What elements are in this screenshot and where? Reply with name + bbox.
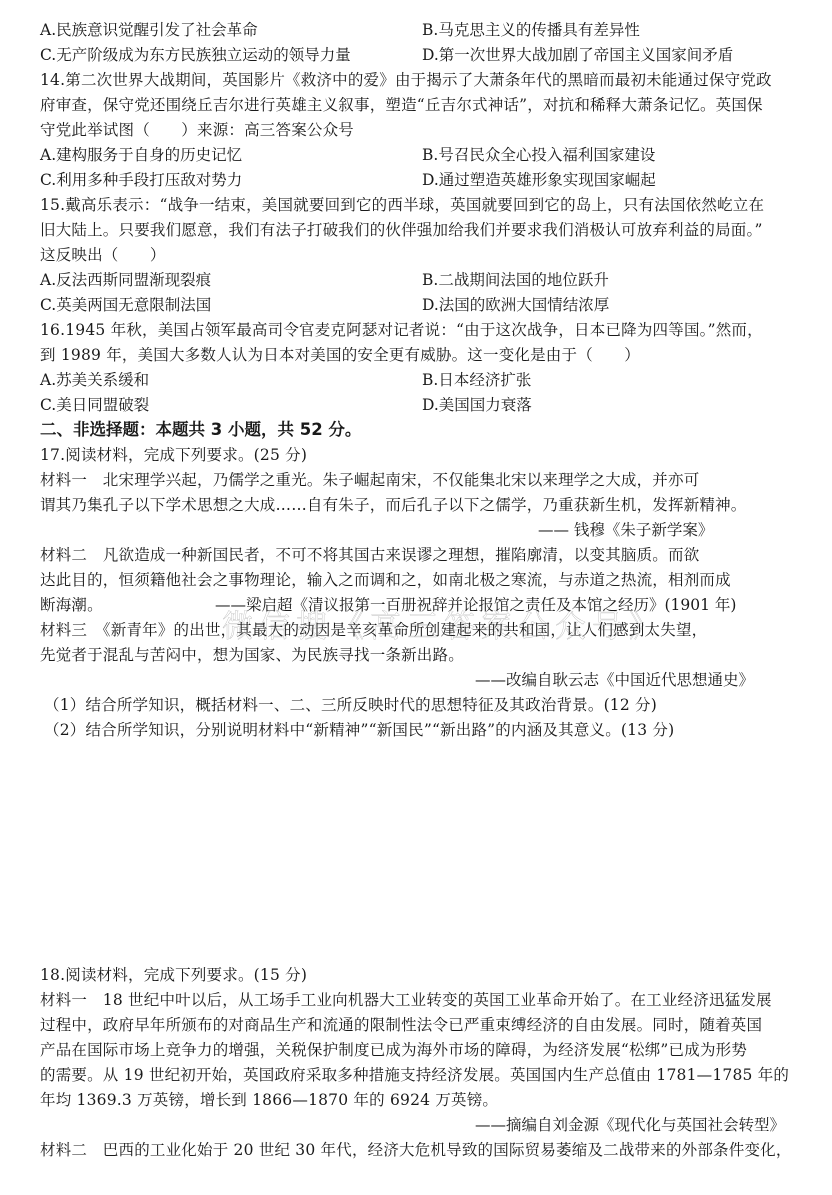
q14-stem-line-3: 守党此举试图（ ）来源：高三答案公众号: [40, 118, 354, 142]
q15-option-d: D.法国的欧洲大国情结浓厚: [422, 293, 609, 317]
q14-option-a: A.建构服务于自身的历史记忆: [40, 143, 242, 167]
q17-material2-line-1: 材料二 凡欲造成一种新国民者，不可不将其国古来误谬之理想，摧陷廓清，以变其脑质。…: [40, 543, 699, 567]
q18-material1-source: ——摘编自刘金源《现代化与英国社会转型》: [475, 1113, 785, 1137]
q13-option-b: B.马克思主义的传播具有差异性: [422, 18, 640, 42]
exam-page: A.民族意识觉醒引发了社会革命 B.马克思主义的传播具有差异性 C.无产阶级成为…: [0, 0, 832, 1195]
q18-material1-line-2: 过程中，政府早年所颁布的对商品生产和流通的限制性法令已严重束缚经济的自由发展。同…: [40, 1013, 762, 1037]
q18-material1-line-5: 年均 1369.3 万英镑，增长到 1866—1870 年的 6924 万英镑。: [40, 1088, 498, 1112]
q15-stem-line-3: 这反映出（ ）: [40, 243, 166, 267]
q14-stem-line-1: 14.第二次世界大战期间，英国影片《救济中的爱》由于揭示了大萧条年代的黑暗而最初…: [40, 68, 772, 92]
q14-stem-line-2: 府审查，保守党还围绕丘吉尔进行英雄主义叙事，塑造“丘吉尔式神话”，对抗和稀释大萧…: [40, 93, 763, 117]
section-title-non-choice: 二、非选择题：本题共 3 小题，共 52 分。: [40, 418, 361, 442]
q15-option-b: B.二战期间法国的地位跃升: [422, 268, 609, 292]
q14-option-d: D.通过塑造英雄形象实现国家崛起: [422, 168, 656, 192]
q17-material1-source: —— 钱穆《朱子新学案》: [538, 518, 713, 542]
q14-option-c: C.利用多种手段打压敌对势力: [40, 168, 242, 192]
q17-material1-line-1: 材料一 北宋理学兴起，乃儒学之重光。朱子崛起南宋，不仅能集北宋以来理学之大成，并…: [40, 468, 699, 492]
q15-option-a: A.反法西斯同盟渐现裂痕: [40, 268, 211, 292]
q18-material1-line-1: 材料一 18 世纪中叶以后，从工场手工业向机器大工业转变的英国工业革命开始了。在…: [40, 988, 772, 1012]
q14-option-b: B.号召民众全心投入福利国家建设: [422, 143, 655, 167]
answer-space: [40, 745, 800, 960]
q18-material2-line-1: 材料二 巴西的工业化始于 20 世纪 30 年代，经济大危机导致的国际贸易萎缩及…: [40, 1138, 792, 1162]
q17-material3-line-2: 先觉者于混乱与苦闷中，想为国家、为民族寻找一条新出路。: [40, 643, 464, 667]
q16-option-a: A.苏美关系缓和: [40, 368, 149, 392]
q16-option-c: C.美日同盟破裂: [40, 393, 149, 417]
q16-option-b: B.日本经济扩张: [422, 368, 531, 392]
q17-material1-line-2: 谓其乃集孔子以下学术思想之大成……自有朱子，而后孔子以下之儒学，乃重获新生机，发…: [40, 493, 747, 517]
q16-stem-line-2: 到 1989 年，美国大多数人认为日本对美国的安全更有威胁。这一变化是由于（ ）: [40, 343, 640, 367]
q13-option-c: C.无产阶级成为东方民族独立运动的领导力量: [40, 43, 351, 67]
q17-subquestion-2: （2）结合所学知识，分别说明材料中“新精神”“新国民”“新出路”的内涵及其意义。…: [44, 718, 674, 742]
q17-subquestion-1: （1）结合所学知识，概括材料一、二、三所反映时代的思想特征及其政治背景。(12 …: [44, 693, 657, 717]
q17-material3-line-1: 材料三 《新青年》的出世，其最大的动因是辛亥革命所创建起来的共和国，让人们感到太…: [40, 618, 707, 642]
q15-option-c: C.英美两国无意限制法国: [40, 293, 211, 317]
q17-material3-source: ——改编自耿云志《中国近代思想通史》: [475, 668, 754, 692]
q17-material2-line-3: 断海潮。: [40, 593, 103, 617]
q15-stem-line-2: 旧大陆上。只要我们愿意，我们有法子打破我们的伙伴强加给我们并要求我们消极认可放弃…: [40, 218, 763, 242]
q15-stem-line-1: 15.戴高乐表示：“战争一结束，美国就要回到它的西半球，英国就要回到它的岛上，只…: [40, 193, 764, 217]
q18-header: 18.阅读材料，完成下列要求。(15 分): [40, 963, 307, 987]
q17-header: 17.阅读材料，完成下列要求。(25 分): [40, 443, 307, 467]
q18-material1-line-4: 的需要。从 19 世纪初开始，英国政府采取多种措施支持经济发展。英国国内生产总值…: [40, 1063, 789, 1087]
q16-option-d: D.美国国力衰落: [422, 393, 532, 417]
q16-stem-line-1: 16.1945 年秋，美国占领军最高司令官麦克阿瑟对记者说：“由于这次战争，日本…: [40, 318, 763, 342]
q18-material1-line-3: 产品在国际市场上竞争力的增强，关税保护制度已成为海外市场的障碍，为经济发展“松绑…: [40, 1038, 747, 1062]
q13-option-d: D.第一次世界大战加剧了帝国主义国家间矛盾: [422, 43, 733, 67]
q17-material2-source: ——梁启超《清议报第一百册祝辞并论报馆之责任及本馆之经历》(1901 年): [215, 593, 736, 617]
q13-option-a: A.民族意识觉醒引发了社会革命: [40, 18, 258, 42]
q17-material2-line-2: 达此目的，恒须籍他社会之事物理论，输入之而调和之，如南北极之寒流，与赤道之热流，…: [40, 568, 731, 592]
